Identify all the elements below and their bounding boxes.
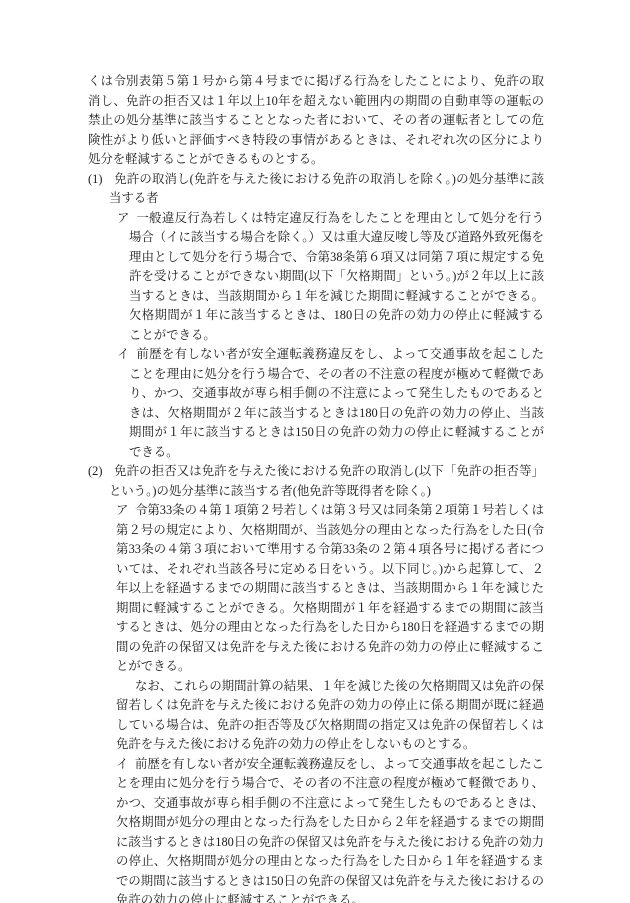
item-2: (2)免許の拒否又は免許を与えた後における免許の取消し(以下「免許の拒否等」とい… [88,462,544,501]
item-2-sub-a-text: 令第33条の４第１項第２号若しくは第３号又は同条第２項第１号若しくは第２号の規定… [116,503,544,673]
item-1-text: 免許の取消し(免許を与えた後における免許の取消しを除く。)の処分基準に該当する者 [109,172,544,206]
item-2-sub-a-marker: ア [116,501,135,521]
intro-paragraph: くは令別表第５第１号から第４号までに掲げる行為をしたことにより、免許の取消し、免… [88,72,544,170]
item-2-sub-i: イ前歴を有しない者が安全運転義務違反をし、よって交通事故を起こしたことを理由に処… [88,755,544,903]
item-1-sub-a-marker: ア [117,209,136,229]
item-1-sub-i-text: 前歴を有しない者が安全運転義務違反をし、よって交通事故を起こしたことを理由に処分… [129,347,544,459]
item-1-sub-i: イ前歴を有しない者が安全運転義務違反をし、よって交通事故を起こしたことを理由に処… [88,345,544,462]
item-2-sub-a-note: なお、これらの期間計算の結果、１年を減じた後の欠格期間又は免許の保留若しくは免許… [88,677,544,755]
document-page: くは令別表第５第１号から第４号までに掲げる行為をしたことにより、免許の取消し、免… [0,0,630,903]
item-2-sub-i-text: 前歴を有しない者が安全運転義務違反をし、よって交通事故を起こしたことを理由に処分… [116,757,544,903]
document-text-block: くは令別表第５第１号から第４号までに掲げる行為をしたことにより、免許の取消し、免… [88,72,544,903]
item-2-sub-i-marker: イ [116,755,135,775]
item-1-sub-a: ア一般違反行為若しくは特定違反行為をしたことを理由として処分を行う場合（イに該当… [88,209,544,346]
item-2-sub-a: ア令第33条の４第１項第２号若しくは第３号又は同条第２項第１号若しくは第２号の規… [88,501,544,677]
item-2-number: (2) [88,462,114,482]
item-1-sub-a-text: 一般違反行為若しくは特定違反行為をしたことを理由として処分を行う場合（イに該当す… [129,211,544,342]
item-2-sub-a-note-text: なお、これらの期間計算の結果、１年を減じた後の欠格期間又は免許の保留若しくは免許… [116,679,544,752]
item-1-sub-i-marker: イ [117,345,136,365]
item-1-number: (1) [88,170,114,190]
item-2-text: 免許の拒否又は免許を与えた後における免許の取消し(以下「免許の拒否等」という。)… [109,464,544,498]
item-1: (1)免許の取消し(免許を与えた後における免許の取消しを除く。)の処分基準に該当… [88,170,544,209]
